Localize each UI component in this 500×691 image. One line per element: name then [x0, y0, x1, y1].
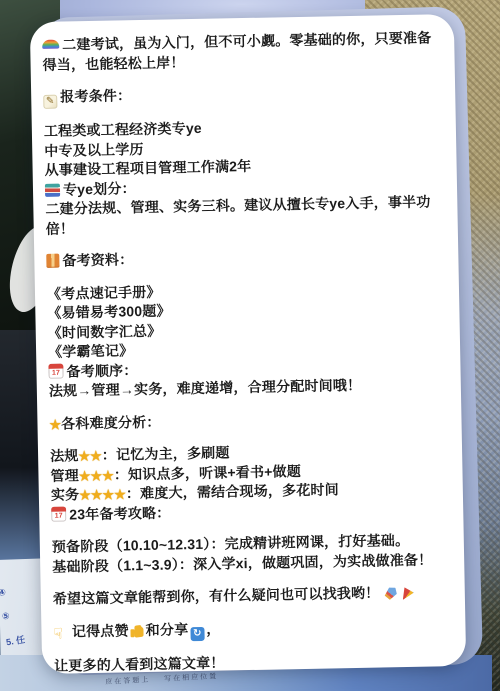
text-segment: 《易错易考300题》 — [47, 302, 171, 320]
margin-note: ④ — [0, 584, 27, 599]
text-segment: 法规→管理→实务，难度递增，合理分配时间哦！ — [49, 377, 362, 399]
text-segment: 备考资料： — [62, 251, 133, 268]
text-segment: ， — [206, 620, 221, 636]
tada-icon — [401, 586, 415, 600]
text-segment: 工程类或工程经济类专ye — [44, 120, 202, 139]
memo-icon: ✎ — [43, 95, 57, 109]
thumbs-up-icon — [131, 625, 144, 637]
book-sub-line-1: 应在答题上 — [105, 677, 150, 686]
text-segment: ：记忆为主，多刷题 — [102, 444, 230, 462]
calendar-icon: 17 — [51, 506, 66, 521]
text-segment: ：难度大，需结合现场，多花时间 — [126, 481, 339, 501]
text-segment: 各科难度分析： — [61, 413, 161, 431]
text-segment: 希望这篇文章能帮到你，有什么疑问也可以找我哟！ — [53, 585, 380, 607]
text-segment: 实务 — [51, 486, 80, 503]
gift-icon — [46, 254, 59, 268]
text-segment: 二建考试，虽为入门，但不可小觑。零基础的你，只要准备得当，也能轻松上岸！ — [42, 29, 431, 72]
text-segment: 专ye划分： — [63, 180, 136, 197]
rocket-icon — [383, 584, 400, 601]
card-lines: 二建考试，虽为入门，但不可小觑。零基础的你，只要准备得当，也能轻松上岸！✎报考条… — [42, 28, 452, 676]
text-segment: 备考顺序： — [66, 362, 137, 379]
text-segment: 记得点赞 — [68, 622, 129, 639]
text-segment: 23年备考攻略： — [69, 504, 170, 522]
text-segment: 让更多的人看到这篇文章！ — [54, 655, 225, 674]
share-icon: ↻ — [190, 626, 204, 640]
text-segment: 《学霸笔记》 — [48, 342, 133, 360]
book-sub-line-2: 写在相应位置 — [164, 673, 218, 683]
text-segment: 管理 — [50, 467, 79, 484]
note-card: 二建考试，虽为入门，但不可小觑。零基础的你，只要准备得当，也能轻松上岸！✎报考条… — [30, 14, 466, 674]
margin-note: 5. 任 — [5, 631, 35, 648]
margin-note: ⑤ — [1, 607, 30, 622]
text-segment: 《考点速记手册》 — [47, 283, 161, 301]
text-segment: 中专及以上学历 — [44, 140, 144, 158]
text-segment: 法规 — [50, 447, 79, 464]
text-segment: ：知识点多，听课+看书+做题 — [114, 463, 301, 483]
photo-background: ④⑤5. 任6. 任何 格式之道—计算题 应在答题上 写在相应位置 二建考试，虽… — [0, 0, 500, 691]
point-down-icon: ☟ — [53, 624, 63, 644]
rainbow-icon — [42, 40, 59, 49]
text-segment: 从事建设工程项目管理工作满2年 — [44, 158, 251, 178]
text-segment: 报考条件： — [60, 87, 131, 104]
text-segment: 和分享 — [146, 621, 189, 638]
text-segment: 二建分法规、管理、实务三科。建议从擅长专ye入手，事半功倍！ — [45, 193, 430, 236]
calendar-icon: 17 — [48, 363, 63, 378]
text-segment: 《时间数字汇总》 — [48, 322, 162, 340]
books-icon — [45, 183, 60, 196]
